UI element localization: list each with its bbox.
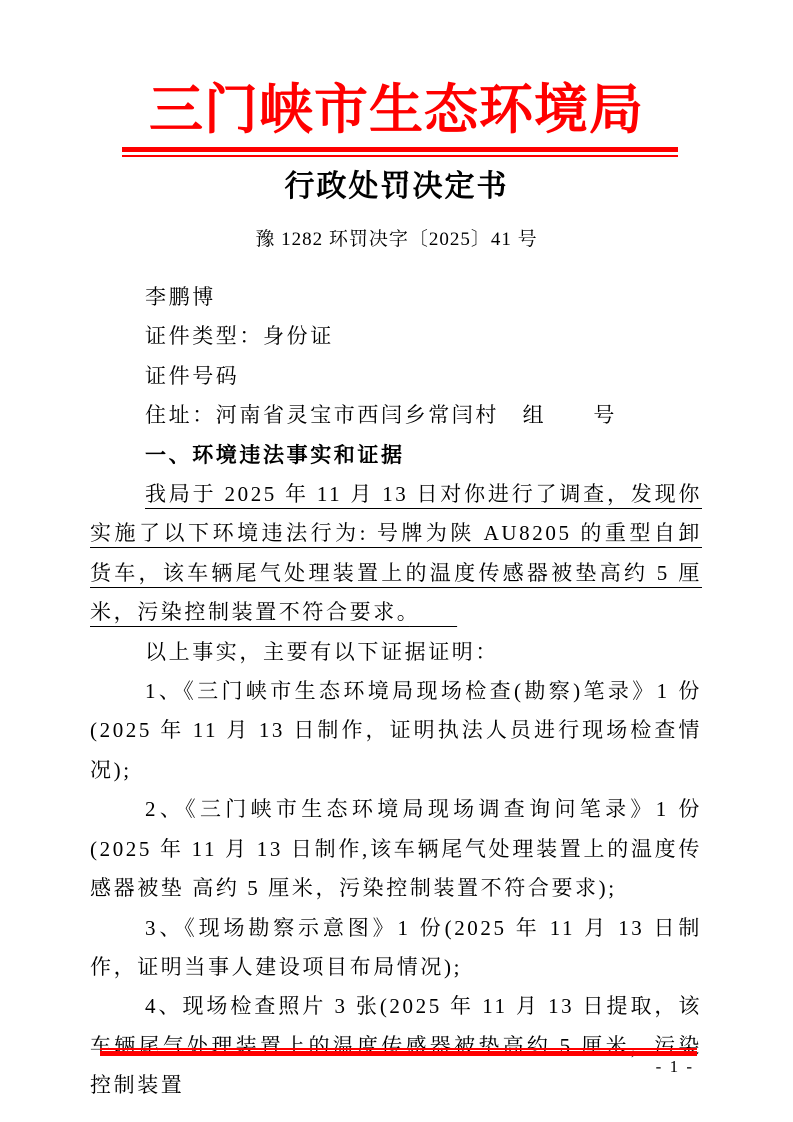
letterhead-rule-thick-bar: [122, 147, 678, 152]
evidence-item-4: 4、现场检查照片 3 张(2025 年 11 月 13 日提取，该车辆尾气处理装…: [90, 987, 702, 1105]
evidence-item-1: 1、《三门峡市生态环境局现场检查(勘察)笔录》1 份(2025 年 11 月 1…: [90, 672, 702, 790]
violation-finding-paragraph: 我局于 2025 年 11 月 13 日对你进行了调查，发现你实施了以下环境违法…: [90, 475, 702, 633]
penalty-decision-page: 三门峡市生态环境局 行政处罚决定书 豫 1282 环罚决字〔2025〕41 号 …: [0, 0, 793, 1122]
agency-letterhead-title: 三门峡市生态环境局: [0, 80, 793, 140]
recipient-id-type-line: 证件类型：身份证: [90, 317, 702, 356]
recipient-id-number-line: 证件号码: [90, 357, 702, 396]
evidence-item-3: 3、《现场勘察示意图》1 份(2025 年 11 月 13 日制作，证明当事人建…: [90, 909, 702, 988]
footer-double-rule: [100, 1048, 697, 1056]
letterhead-double-rule: [122, 147, 678, 157]
evidence-intro-line: 以上事实，主要有以下证据证明：: [90, 633, 702, 672]
document-body: 李鹏博 证件类型：身份证 证件号码 住址：河南省灵宝市西闫乡常闫村 组 号 一、…: [90, 278, 702, 1106]
footer-rule-thick-bar: [100, 1051, 697, 1056]
recipient-name: 李鹏博: [90, 278, 702, 317]
page-number: - 1 -: [656, 1057, 694, 1077]
document-title: 行政处罚决定书: [0, 167, 793, 206]
evidence-item-2: 2、《三门峡市生态环境局现场调查询问笔录》1 份(2025 年 11 月 13 …: [90, 790, 702, 908]
letterhead-rule-thin-bar: [122, 155, 678, 157]
footer-rule-thin-bar: [100, 1048, 697, 1050]
recipient-address-line: 住址：河南省灵宝市西闫乡常闫村 组 号: [90, 396, 702, 435]
section-heading-facts-and-evidence: 一、环境违法事实和证据: [90, 436, 702, 475]
document-number: 豫 1282 环罚决字〔2025〕41 号: [0, 224, 793, 251]
